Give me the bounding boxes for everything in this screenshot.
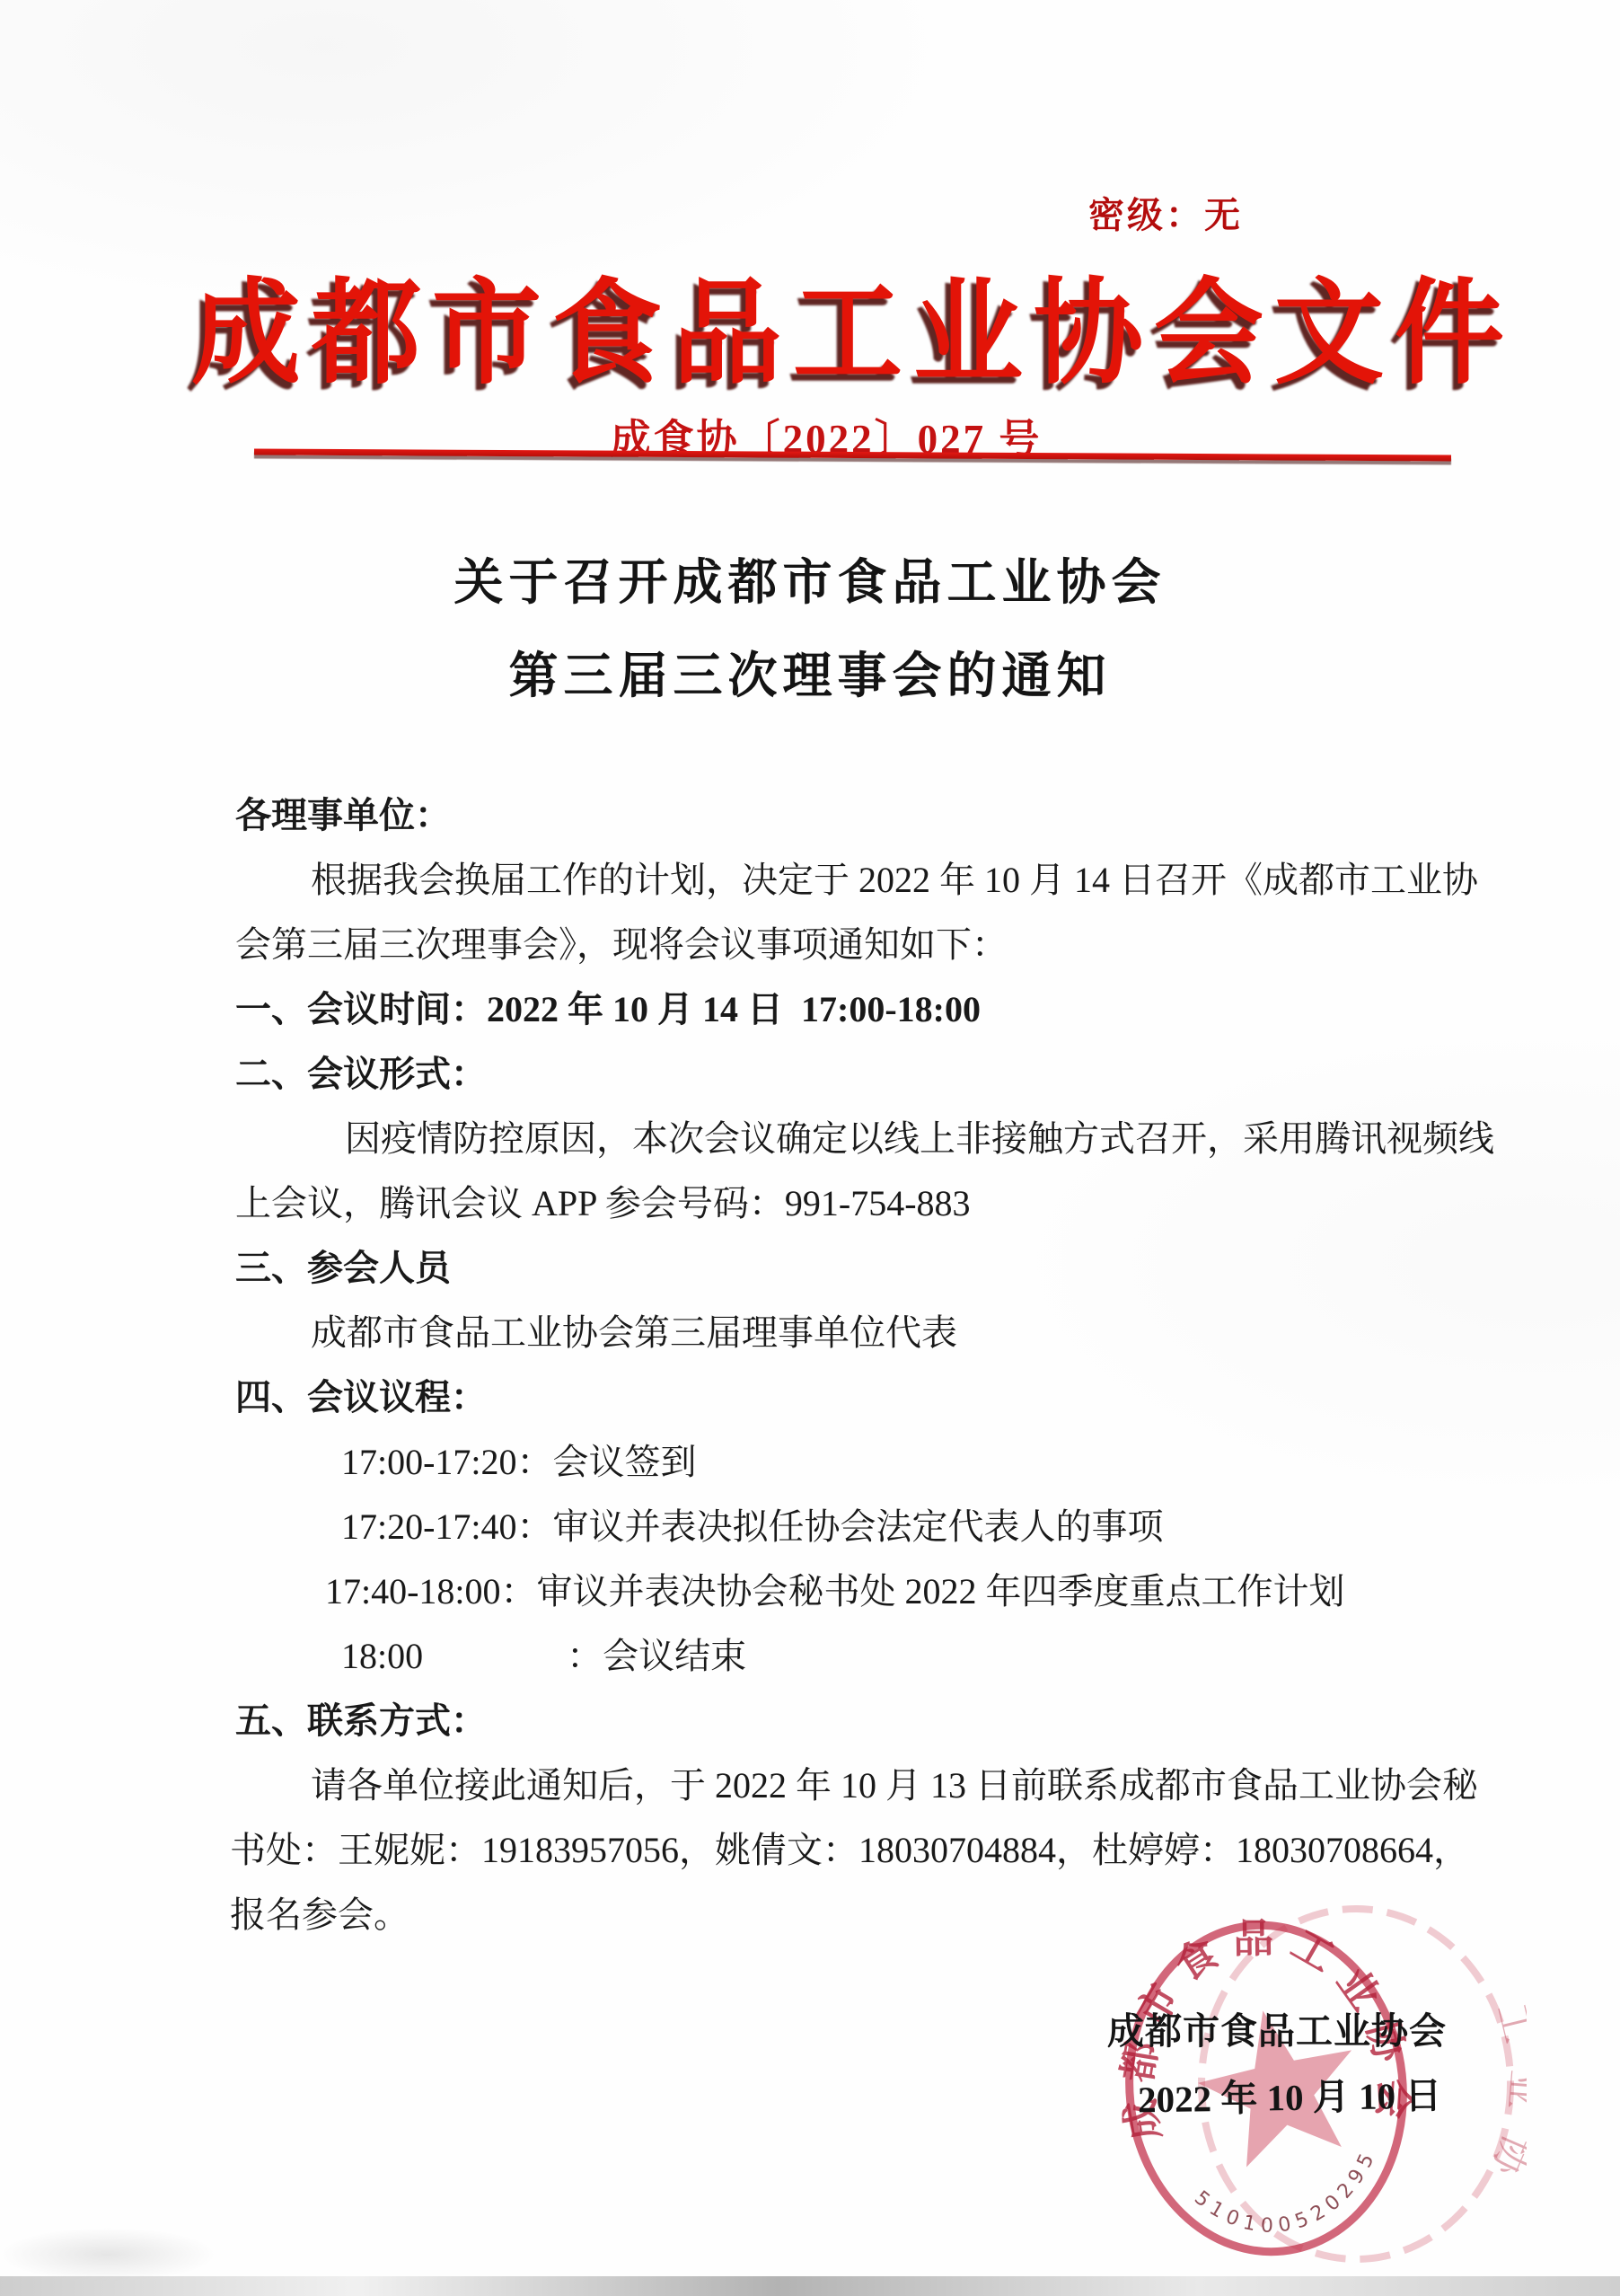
body-line-agenda: 17:20-17:40：审议并表决拟任协会法定代表人的事项 (0, 1495, 1620, 1559)
org-title: 成都市食品工业协会文件 (45, 241, 1620, 406)
body-line-agenda: 17:00-17:20：会议签到 (0, 1430, 1620, 1495)
signoff-org: 成都市食品工业协会 (1107, 2001, 1447, 2054)
signoff-date: 2022 年 10 月 10 日 (1138, 2066, 1442, 2124)
doc-title-line2: 第三届三次理事会的通知 (2, 636, 1618, 707)
body-line-salutation: 各理事单位： (0, 783, 1620, 848)
body-line-agenda: 18:00 ：会议结束 (0, 1624, 1620, 1689)
body-line-section-3: 三、参会人员 (0, 1236, 1620, 1301)
body-line: 请各单位接此通知后，于 2022 年 10 月 13 日前联系成都市食品工业协会… (0, 1753, 1620, 1818)
body-line: 会第三届三次理事会》，现将会议事项通知如下： (0, 913, 1620, 977)
body-line: 成都市食品工业协会第三届理事单位代表 (0, 1301, 1620, 1365)
document-page: 密级：无 成都市食品工业协会文件 成食协〔2022〕027 号 关于召开成都市食… (0, 0, 1620, 2296)
body-line-section-5: 五、联系方式： (0, 1689, 1620, 1753)
body-line: 上会议，腾讯会议 APP 参会号码：991-754-883 (0, 1171, 1620, 1236)
classification-label: 密级：无 (1088, 187, 1243, 238)
body-line-section-2: 二、会议形式： (0, 1042, 1620, 1107)
body-line: 根据我会换届工作的计划，决定于 2022 年 10 月 14 日召开《成都市工业… (0, 848, 1620, 913)
body-line: 因疫情防控原因，本次会议确定以线上非接触方式召开，采用腾讯视频线 (0, 1107, 1620, 1171)
document-body: 各理事单位： 根据我会换届工作的计划，决定于 2022 年 10 月 14 日召… (0, 783, 1620, 1947)
seal-ghost-text: 工业协 (1474, 1999, 1527, 2203)
scan-smudge (0, 2228, 216, 2282)
body-line-agenda: 17:40-18:00：审议并表决协会秘书处 2022 年四季度重点工作计划 (0, 1559, 1620, 1624)
body-line-section-1: 一、会议时间：2022 年 10 月 14 日 17:00-18:00 (0, 977, 1620, 1042)
body-line: 书处：王妮妮：19183957056，姚倩文：18030704884，杜婷婷：1… (0, 1818, 1620, 1883)
body-line-section-4: 四、会议议程： (0, 1365, 1620, 1430)
doc-title-line1: 关于召开成都市食品工业协会 (2, 543, 1618, 614)
